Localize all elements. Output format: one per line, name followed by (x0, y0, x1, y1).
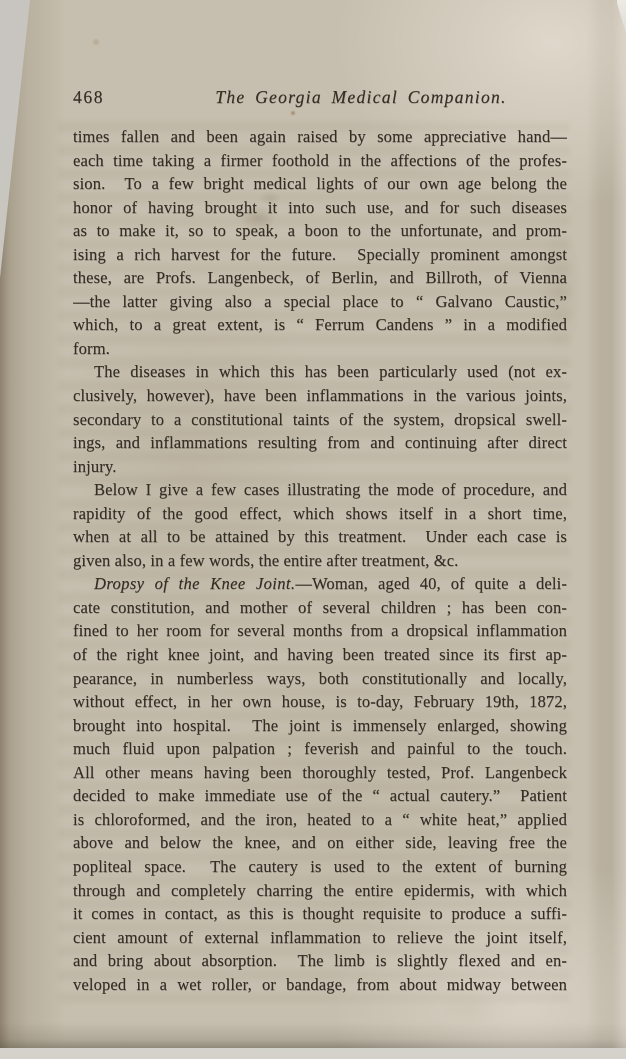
text-line: sion. To a few bright medical lights of … (73, 172, 567, 196)
scanned-book-page: 468 The Georgia Medical Companion. times… (0, 0, 626, 1059)
text-line: ings, and inflammations resulting from a… (73, 431, 567, 455)
text-line: above and below the knee, and on either … (73, 831, 567, 855)
text-line: ising a rich harvest for the future. Spe… (73, 243, 567, 267)
text-line: rapidity of the good effect, which shows… (73, 502, 567, 526)
text-line: much fluid upon palpation ; feverish and… (73, 737, 567, 761)
text-line: times fallen and been again raised by so… (73, 125, 567, 149)
text-line: form. (73, 337, 567, 361)
text-line: it comes in contact, as this is thought … (73, 902, 567, 926)
text-line: Below I give a few cases illustrating th… (73, 478, 567, 502)
text-line: cient amount of external inflammation to… (73, 926, 567, 950)
text-line: popliteal space. The cautery is used to … (73, 855, 567, 879)
text-line: decided to make immediate use of the “ a… (73, 784, 567, 808)
text-line: secondary to a constitutional taints of … (73, 408, 567, 432)
text-line: injury. (73, 455, 567, 479)
text-line: veloped in a wet roller, or bandage, fro… (73, 973, 567, 997)
case-heading-italic: Dropsy of the Knee Joint. (94, 574, 295, 593)
text-line: which, to a great extent, is “ Ferrum Ca… (73, 313, 567, 337)
text-line: given also, in a few words, the entire a… (73, 549, 567, 573)
case-heading-rest: —Woman, aged 40, of quite a deli- (295, 574, 567, 593)
page-number: 468 (73, 87, 104, 108)
text-line: through and completely charring the enti… (73, 879, 567, 903)
text-line: The diseases in which this has been part… (73, 360, 567, 384)
page-header: 468 The Georgia Medical Companion. (73, 87, 567, 109)
text-line: honor of having brought it into such use… (73, 196, 567, 220)
text-line: and bring about absorption. The limb is … (73, 949, 567, 973)
text-line: of the right knee joint, and having been… (73, 643, 567, 667)
text-line: brought into hospital. The joint is imme… (73, 714, 567, 738)
body-text: times fallen and been again raised by so… (73, 125, 567, 996)
text-line: without effect, in her own house, is to-… (73, 690, 567, 714)
text-line: pearance, in numberless ways, both const… (73, 667, 567, 691)
page-content: 468 The Georgia Medical Companion. times… (73, 87, 567, 996)
text-line: when at all to be attained by this treat… (73, 525, 567, 549)
text-line: fined to her room for several months fro… (73, 619, 567, 643)
text-line: these, are Profs. Langenbeck, of Berlin,… (73, 266, 567, 290)
text-line: —the latter giving also a special place … (73, 290, 567, 314)
text-line: cate constitution, and mother of several… (73, 596, 567, 620)
running-title: The Georgia Medical Companion. (113, 87, 609, 108)
text-line: clusively, however), have been inflammat… (73, 384, 567, 408)
text-line: All other means having been thoroughly t… (73, 761, 567, 785)
text-line: is chloroformed, and the iron, heated to… (73, 808, 567, 832)
text-line: each time taking a firmer foothold in th… (73, 149, 567, 173)
text-line-case-heading: Dropsy of the Knee Joint.—Woman, aged 40… (73, 572, 567, 596)
text-line: as to make it, so to speak, a boon to th… (73, 219, 567, 243)
